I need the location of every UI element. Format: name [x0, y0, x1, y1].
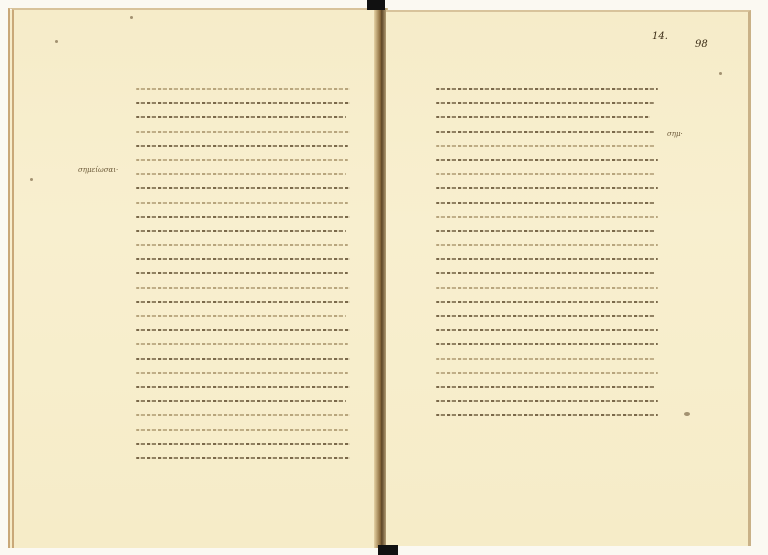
- folio-number-14: 14.: [652, 31, 668, 42]
- left-margin-note: σημείωσαι·: [78, 166, 118, 174]
- right-margin-note: σημ·: [667, 130, 683, 138]
- top-bookmark-tab: [367, 0, 385, 10]
- bottom-bookmark-tab: [378, 545, 398, 555]
- ink-blot: [684, 412, 690, 416]
- left-text-block: [136, 82, 352, 465]
- ink-speck: [30, 178, 33, 181]
- ink-speck: [719, 72, 722, 75]
- folio-number-98: 98: [695, 39, 708, 50]
- ink-speck: [130, 16, 133, 19]
- right-text-block: [436, 82, 658, 423]
- ink-speck: [55, 40, 58, 43]
